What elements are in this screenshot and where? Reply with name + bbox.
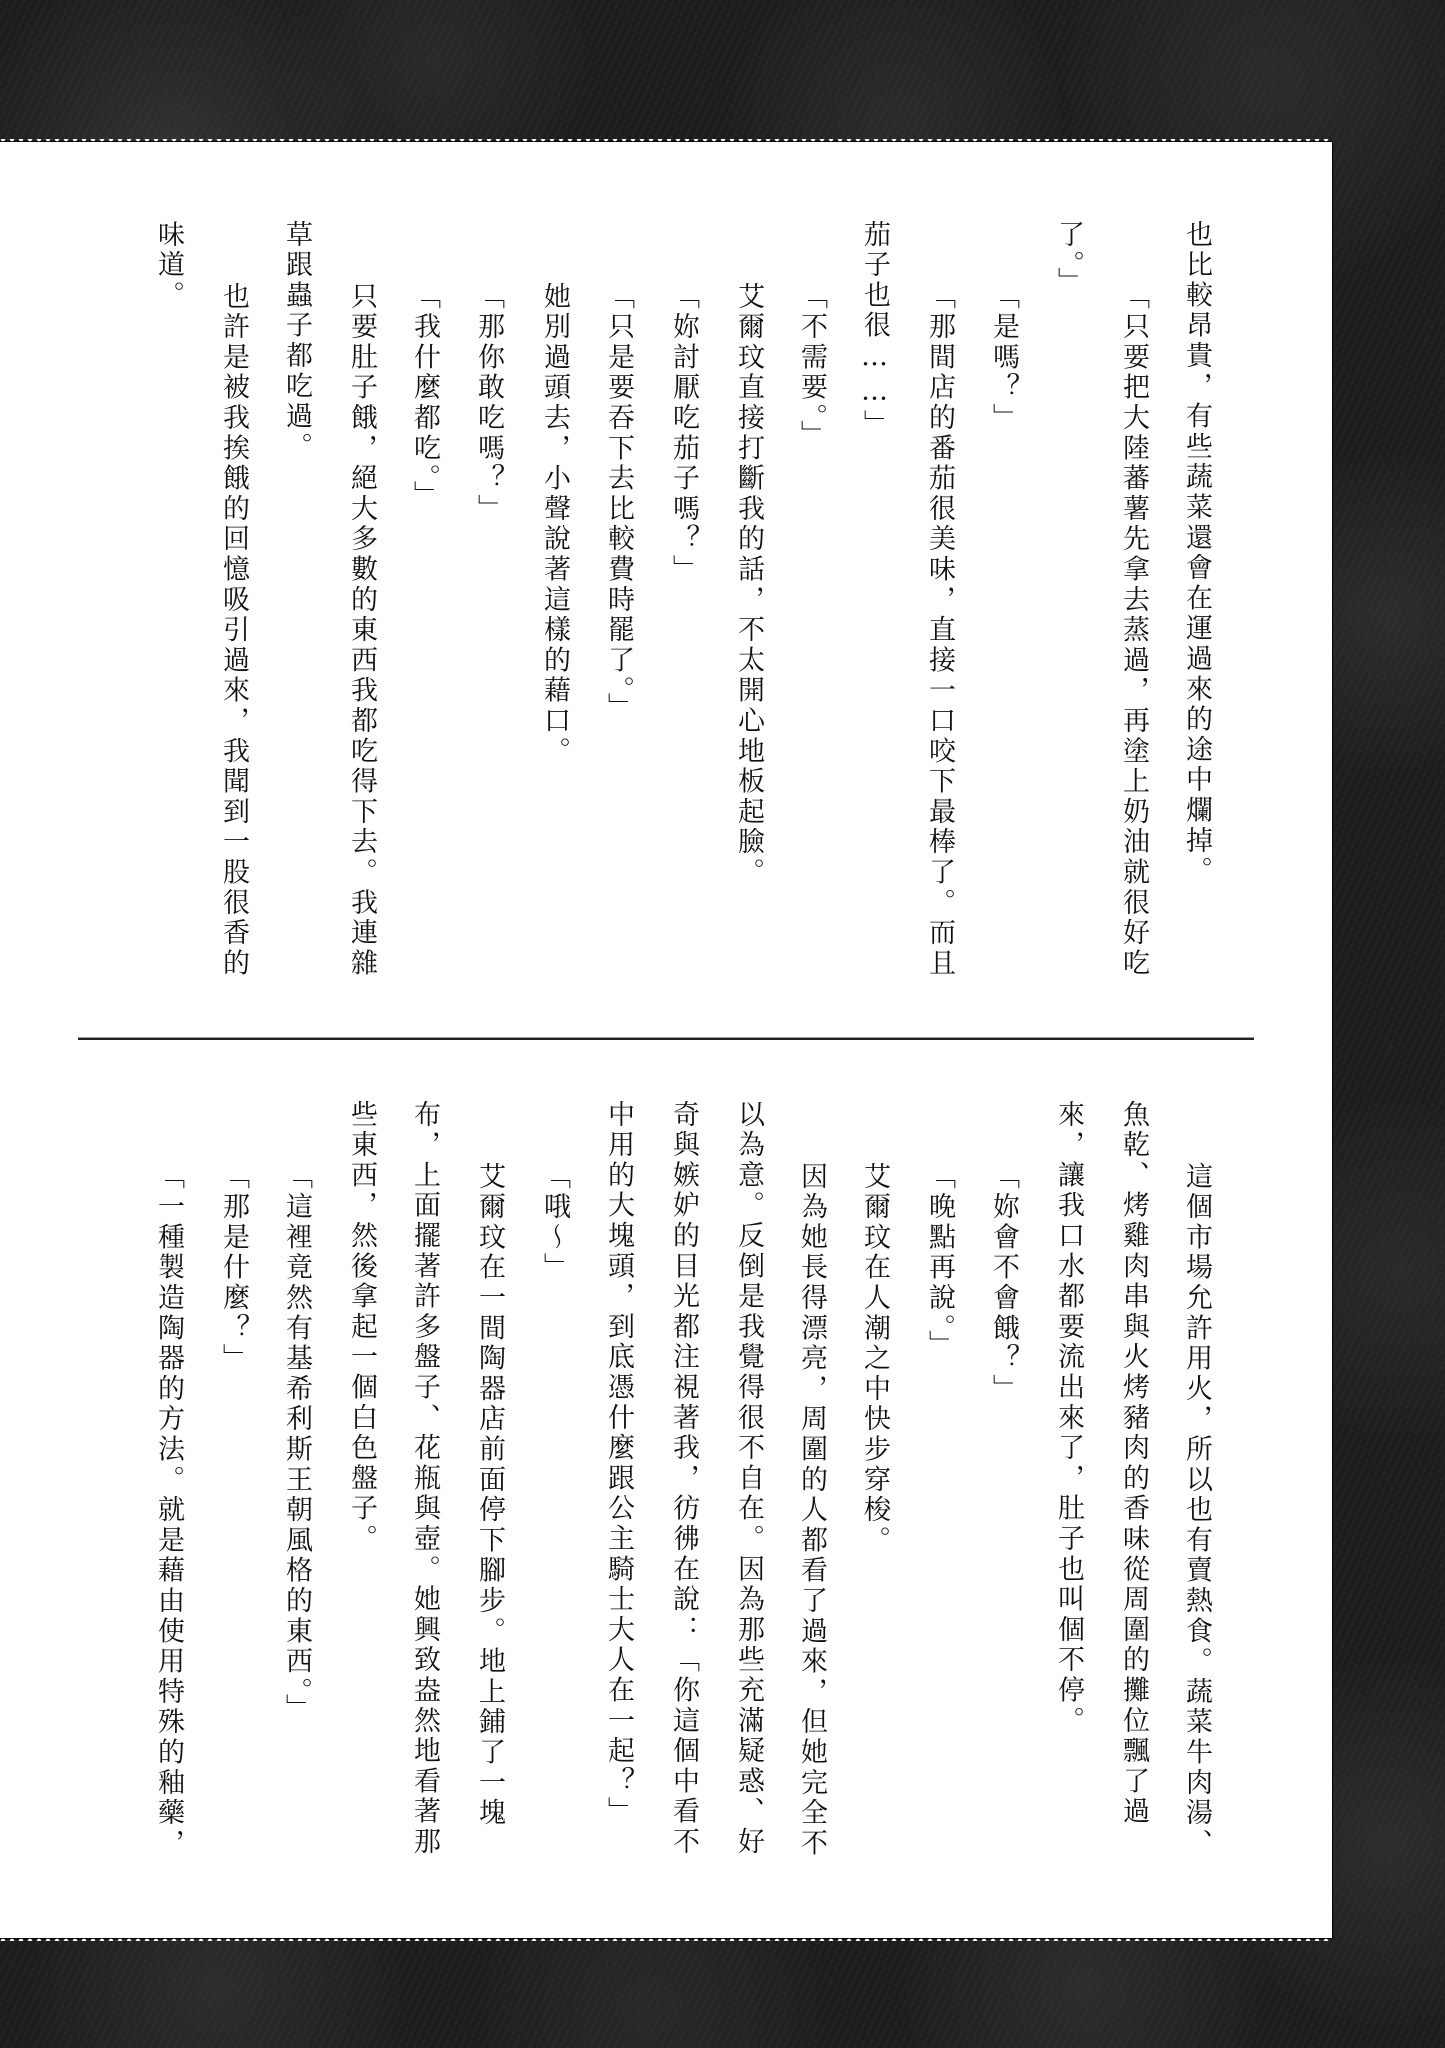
lower-column-14: 些東西，然後拿起一個白色盤子。 [344,1100,376,1555]
lower-column-2: 魚乾、烤雞肉串與火烤豬肉的香味從周圍的攤位飄了過 [1116,1100,1148,1827]
upper-column-8: 艾爾玟直接打斷我的話，不太開心地板起臉。 [731,222,763,888]
upper-column-5: 「那間店的番茄很美味，直接一口咬下最棒了。而且 [922,222,954,979]
upper-column-2: 「只要把大陸蕃薯先拿去蒸過，再塗上奶油就很好吃 [1116,222,1148,979]
upper-column-1: 也比較昂貴，有些蔬菜還會在運過來的途中爛掉。 [1179,220,1211,887]
lower-column-8: 以為意。反倒是我覺得很不自在。因為那些充滿疑惑、好 [731,1100,763,1858]
upper-column-13: 「我什麼都吃。」 [407,222,439,511]
upper-column-3: 了。」 [1051,220,1083,297]
upper-column-17: 味道。 [151,220,183,311]
upper-column-6: 茄子也很……」 [857,220,889,440]
lower-column-3: 來，讓我口水都要流出來了，肚子也叫個不停。 [1051,1100,1083,1736]
lower-column-4: 「妳會不會餓？」 [986,1102,1018,1404]
lower-column-13: 布，上面擺著許多盤子、花瓶與壺。她興致盎然地看著那 [407,1100,439,1858]
upper-column-16: 也許是被我挨餓的回憶吸引過來，我聞到一股很香的 [216,222,248,979]
lower-column-10: 中用的大塊頭，到底憑什麼跟公主騎士大人在一起？」 [601,1100,633,1827]
lower-column-16: 「那是什麼？」 [216,1102,248,1374]
upper-column-14: 只要肚子餓，絕大多數的東西我都吃得下去。我連雜 [344,222,376,979]
upper-column-10: 「只是要吞下去比較費時罷了。」 [601,222,633,723]
upper-column-15: 草跟蟲子都吃過。 [279,220,311,462]
lower-column-15: 「這裡竟然有基希利斯王朝風格的東西。」 [279,1102,311,1724]
upper-column-11: 她別過頭去，小聲說著這樣的藉口。 [537,222,569,767]
upper-column-9: 「妳討厭吃茄子嗎？」 [666,222,698,585]
lower-column-6: 艾爾玟在人潮之中快步穿梭。 [857,1102,889,1556]
lower-column-7: 因為她長得漂亮，周圍的人都看了過來，但她完全不 [794,1102,826,1859]
lower-column-1: 這個市場允許用火，所以也有賣熱食。蔬菜牛肉湯、 [1179,1102,1211,1859]
lower-column-12: 艾爾玟在一間陶器店前面停下腳步。地上鋪了一塊 [472,1102,504,1829]
section-divider [78,1037,1254,1040]
lower-column-5: 「晚點再說。」 [922,1102,954,1361]
upper-column-12: 「那你敢吃嗎？」 [471,222,503,524]
upper-column-7: 「不需要。」 [794,222,826,450]
lower-column-9: 奇與嫉妒的目光都注視著我，彷彿在說：「你這個中看不 [666,1100,698,1858]
lower-column-11: 「哦～」 [537,1102,569,1283]
lower-column-17: 「一種製造陶器的方法。就是藉由使用特殊的釉藥， [151,1102,183,1859]
upper-column-4: 「是嗎？」 [986,222,1018,434]
